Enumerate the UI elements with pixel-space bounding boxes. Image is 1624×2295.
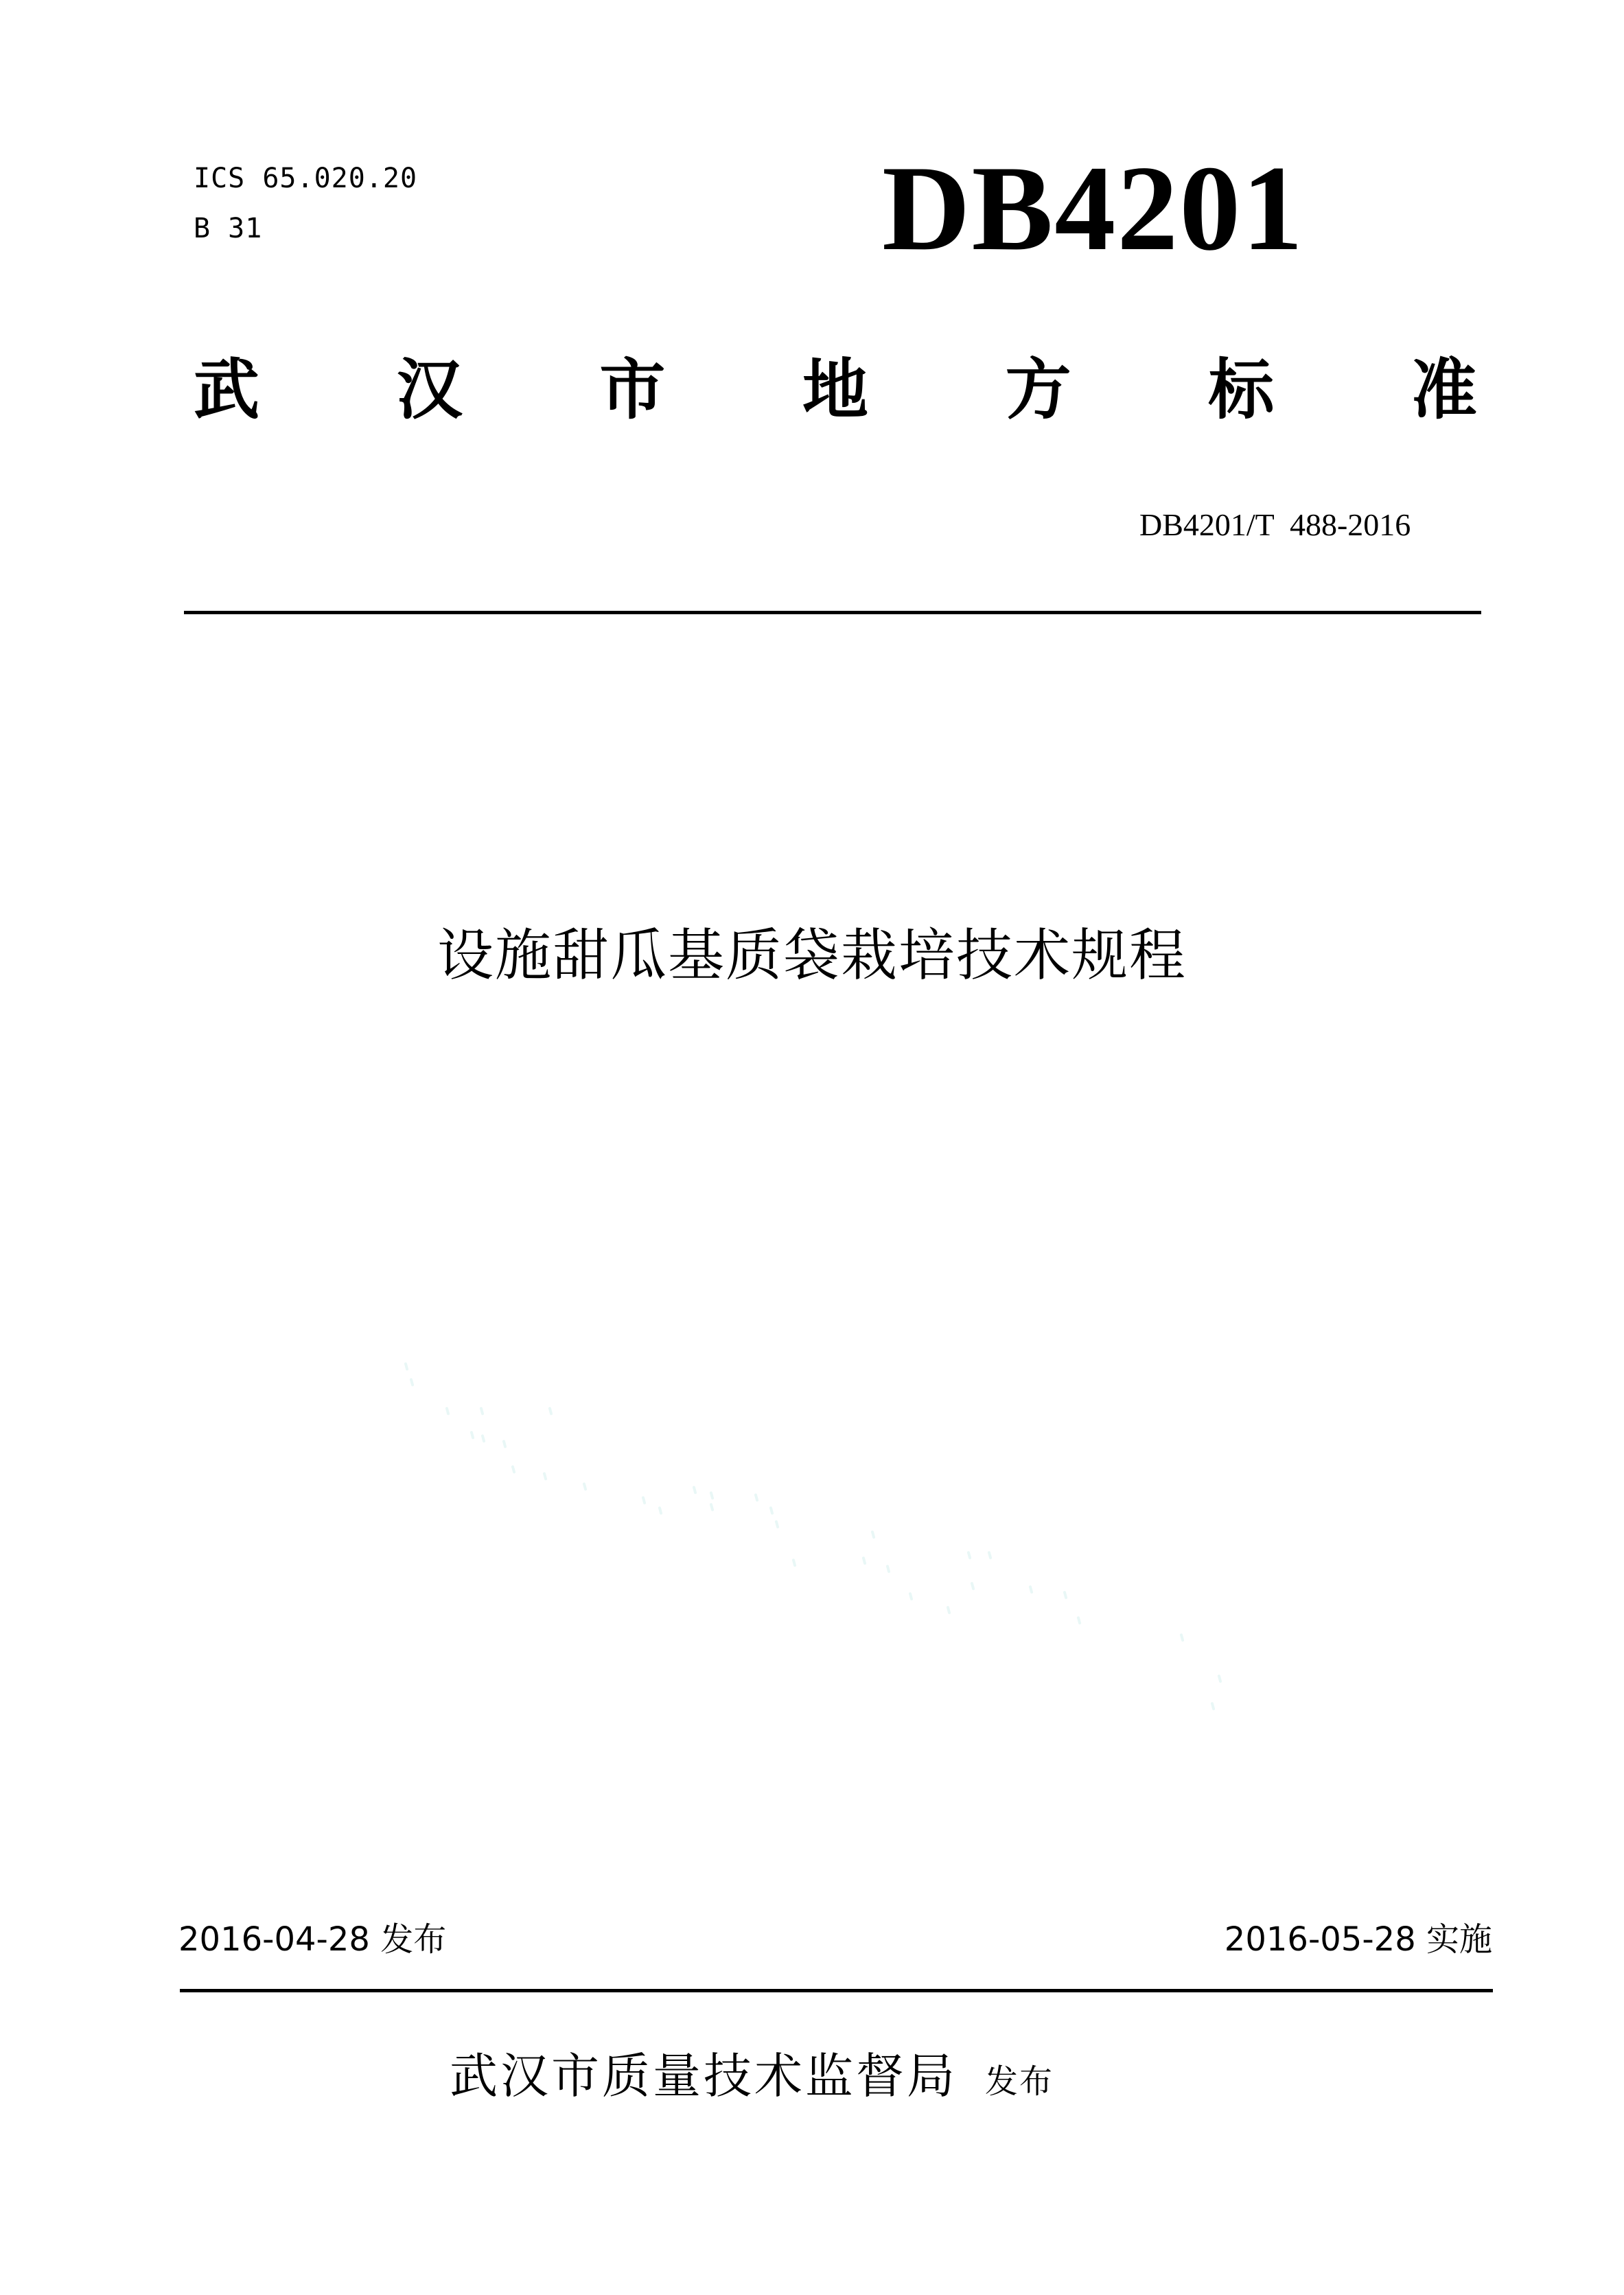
standard-prefix: DB4201 — [882, 147, 1304, 269]
scan-speckle — [886, 1565, 891, 1574]
scan-speckle — [481, 1434, 486, 1443]
scan-speckle — [1029, 1585, 1034, 1594]
scan-speckle — [971, 1582, 975, 1591]
scan-speckle — [658, 1506, 663, 1515]
scan-speckle — [404, 1362, 409, 1371]
scan-speckle — [710, 1503, 715, 1512]
standard-type-heading: 武 汉 市 地 方 标 准 — [194, 357, 1477, 423]
scan-speckle — [1211, 1702, 1216, 1711]
standard-number: DB4201/T 488-2016 — [1139, 509, 1411, 541]
scan-speckle — [1180, 1633, 1185, 1642]
scan-speckle — [967, 1551, 972, 1560]
scan-speckle — [693, 1486, 697, 1495]
standard-type-char: 方 — [1006, 357, 1071, 423]
scan-speckle — [642, 1496, 647, 1505]
scan-speckle — [775, 1520, 780, 1529]
scan-speckle — [871, 1530, 876, 1539]
scan-speckle — [988, 1551, 993, 1560]
ics-code: ICS 65.020.20 — [194, 165, 417, 192]
scan-speckle — [410, 1378, 415, 1387]
standard-type-char: 市 — [599, 357, 665, 423]
scan-speckle — [502, 1440, 507, 1449]
scan-speckle — [511, 1465, 516, 1474]
standard-type-char: 准 — [1411, 357, 1477, 423]
publisher-name: 武汉市质量技术监督局 — [450, 2052, 958, 2100]
classification-code: B 31 — [194, 215, 262, 242]
scan-speckle — [862, 1557, 867, 1565]
scan-speckle — [1063, 1591, 1068, 1600]
scan-speckle — [1218, 1675, 1222, 1684]
footer-divider — [180, 1989, 1493, 1992]
publisher-suffix: 发布 — [985, 2065, 1054, 2098]
scan-speckle — [769, 1506, 774, 1515]
scan-speckle — [470, 1431, 475, 1440]
document-title: 设施甜瓜基质袋栽培技术规程 — [0, 928, 1624, 984]
standard-type-char: 武 — [194, 357, 259, 423]
header-divider — [184, 611, 1481, 614]
standard-type-char: 标 — [1208, 357, 1274, 423]
standard-type-char: 地 — [802, 357, 868, 423]
standard-type-char: 汉 — [397, 357, 463, 423]
scan-speckle — [548, 1407, 553, 1416]
scan-speckle — [792, 1559, 797, 1568]
scan-speckle — [480, 1407, 485, 1416]
scan-speckle — [543, 1472, 548, 1481]
effective-date: 2016-05-28 实施 — [1225, 1923, 1492, 1956]
scan-speckle — [947, 1606, 951, 1615]
scan-speckle — [909, 1592, 914, 1601]
scan-speckle — [710, 1491, 715, 1500]
publish-date: 2016-04-28 发布 — [178, 1923, 446, 1956]
scan-speckle — [583, 1482, 588, 1491]
scan-speckle — [754, 1493, 759, 1502]
publisher-line: 武汉市质量技术监督局 发布 — [450, 2052, 1054, 2100]
scan-speckle — [445, 1407, 450, 1416]
scan-speckle — [1077, 1616, 1082, 1625]
